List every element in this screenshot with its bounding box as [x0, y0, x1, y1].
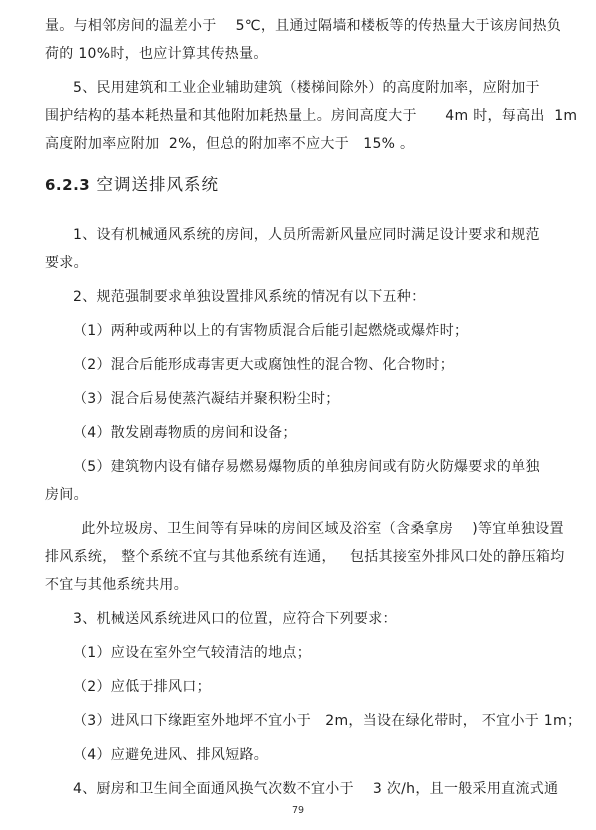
- document-body: 量。与相邻房间的温差小于 5℃，且通过隔墙和楼板等的传热量大于该房间热负 荷的 …: [0, 0, 596, 803]
- section-heading-title-text: 空调送排风系统: [96, 175, 219, 194]
- paragraph-line: 3、机械送风系统进风口的位置，应符合下列要求：: [45, 605, 556, 633]
- list-item-1-explosion: （1）两种或两种以上的有害物质混合后能引起燃烧或爆炸时；: [45, 317, 556, 345]
- list-item-line: 房间。: [45, 481, 556, 509]
- paragraph-line: 围护结构的基本耗热量和其他附加耗热量上。房间高度大于 4m 时，每高出 1m: [45, 102, 556, 130]
- list-item-line: （2）应低于排风口；: [45, 673, 556, 701]
- list-item-line: （1）应设在室外空气较清洁的地点；: [45, 639, 556, 667]
- list-item-3-condensation: （3）混合后易使蒸汽凝结并聚积粉尘时；: [45, 385, 556, 413]
- list-item-line: （3）混合后易使蒸汽凝结并聚积粉尘时；: [45, 385, 556, 413]
- page-number: 79: [0, 805, 596, 816]
- list-item-2-below-exhaust: （2）应低于排风口；: [45, 673, 556, 701]
- paragraph-line: 5、民用建筑和工业企业辅助建筑（楼梯间除外）的高度附加率，应附加于: [45, 74, 556, 102]
- list-item-line: （3）进风口下缘距室外地坪不宜小于 2m，当设在绿化带时， 不宜小于 1m；: [45, 707, 556, 735]
- paragraph-1-fresh-air: 1、设有机械通风系统的房间，人员所需新风量应同时满足设计要求和规范 要求。: [45, 221, 556, 277]
- list-item-line: （4）应避免进风、排风短路。: [45, 741, 556, 769]
- paragraph-3-air-intake-position: 3、机械送风系统进风口的位置，应符合下列要求：: [45, 605, 556, 633]
- section-heading-number: 6.2.3: [45, 176, 90, 194]
- paragraph-line: 排风系统， 整个系统不宜与其他系统有连通， 包括其接室外排风口处的静压箱均: [45, 543, 556, 571]
- list-item-line: （2）混合后能形成毒害更大或腐蚀性的混合物、化合物时；: [45, 351, 556, 379]
- list-item-5-flammable-storage: （5）建筑物内设有储存易燃易爆物质的单独房间或有防火防爆要求的单独 房间。: [45, 453, 556, 509]
- paragraph-item5-height-addition: 5、民用建筑和工业企业辅助建筑（楼梯间除外）的高度附加率，应附加于 围护结构的基…: [45, 74, 556, 158]
- list-item-line: （4）散发剧毒物质的房间和设备；: [45, 419, 556, 447]
- document-page: 量。与相邻房间的温差小于 5℃，且通过隔墙和楼板等的传热量大于该房间热负 荷的 …: [0, 0, 596, 830]
- list-item-line: （5）建筑物内设有储存易燃易爆物质的单独房间或有防火防爆要求的单独: [45, 453, 556, 481]
- list-item-3-ground-clearance: （3）进风口下缘距室外地坪不宜小于 2m，当设在绿化带时， 不宜小于 1m；: [45, 707, 556, 735]
- paragraph-line: 此外垃圾房、卫生间等有异味的房间区域及浴室（含桑拿房 )等宜单独设置: [45, 515, 556, 543]
- paragraph-line: 量。与相邻房间的温差小于 5℃，且通过隔墙和楼板等的传热量大于该房间热负: [45, 12, 556, 40]
- paragraph-line: 高度附加率应附加 2%，但总的附加率不应大于 15% 。: [45, 130, 556, 158]
- list-item-4-highly-toxic: （4）散发剧毒物质的房间和设备；: [45, 419, 556, 447]
- paragraph-line: 要求。: [45, 249, 556, 277]
- paragraph-carryover-heat-load: 量。与相邻房间的温差小于 5℃，且通过隔墙和楼板等的传热量大于该房间热负 荷的 …: [45, 12, 556, 68]
- paragraph-line: 2、规范强制要求单独设置排风系统的情况有以下五种：: [45, 283, 556, 311]
- list-item-1-clean-air-location: （1）应设在室外空气较清洁的地点；: [45, 639, 556, 667]
- paragraph-4-kitchen-ventilation: 4、厨房和卫生间全面通风换气次数不宜小于 3 次/h，且一般采用直流式通: [45, 775, 556, 803]
- paragraph-line: 1、设有机械通风系统的房间，人员所需新风量应同时满足设计要求和规范: [45, 221, 556, 249]
- list-item-line: （1）两种或两种以上的有害物质混合后能引起燃烧或爆炸时；: [45, 317, 556, 345]
- paragraph-line: 荷的 10%时，也应计算其传热量。: [45, 40, 556, 68]
- section-heading: 6.2.3 空调送排风系统: [45, 172, 556, 199]
- list-item-2-toxic-mixture: （2）混合后能形成毒害更大或腐蚀性的混合物、化合物时；: [45, 351, 556, 379]
- paragraph-2-exhaust-cases: 2、规范强制要求单独设置排风系统的情况有以下五种：: [45, 283, 556, 311]
- paragraph-additional-odor-rooms: 此外垃圾房、卫生间等有异味的房间区域及浴室（含桑拿房 )等宜单独设置 排风系统，…: [45, 515, 556, 599]
- paragraph-line: 不宜与其他系统共用。: [45, 571, 556, 599]
- paragraph-line: 4、厨房和卫生间全面通风换气次数不宜小于 3 次/h，且一般采用直流式通: [45, 775, 556, 803]
- list-item-4-avoid-short-circuit: （4）应避免进风、排风短路。: [45, 741, 556, 769]
